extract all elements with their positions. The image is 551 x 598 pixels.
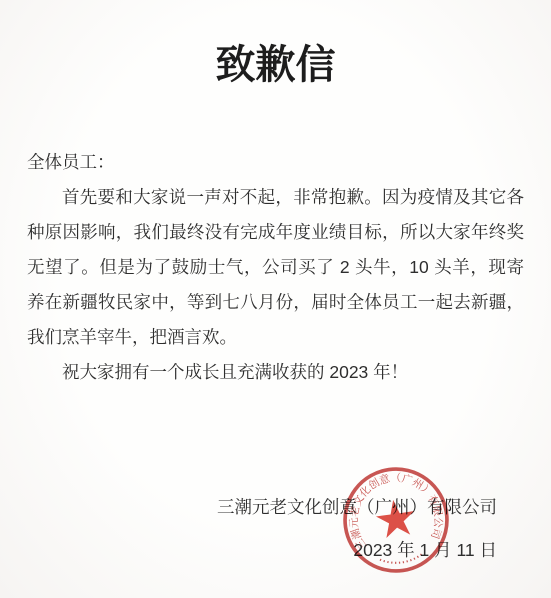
signature-block: 三潮元老文化创意（广州）有限公司 2023 年 1 月 11 日 [0,490,551,568]
letter-body: 全体员工： 首先要和大家说一声对不起，非常抱歉。因为疫情及其它各种原因影响，我们… [27,145,524,390]
body-paragraph-2: 祝大家拥有一个成长且充满收获的 2023 年！ [27,355,524,390]
apology-letter-document: 致歉信 全体员工： 首先要和大家说一声对不起，非常抱歉。因为疫情及其它各种原因影… [0,0,551,598]
letter-date: 2023 年 1 月 11 日 [0,533,497,568]
body-paragraph-1: 首先要和大家说一声对不起，非常抱歉。因为疫情及其它各种原因影响，我们最终没有完成… [27,180,524,355]
page-title: 致歉信 [0,0,551,88]
salutation: 全体员工： [27,145,524,180]
company-signature: 三潮元老文化创意（广州）有限公司 [0,490,497,525]
